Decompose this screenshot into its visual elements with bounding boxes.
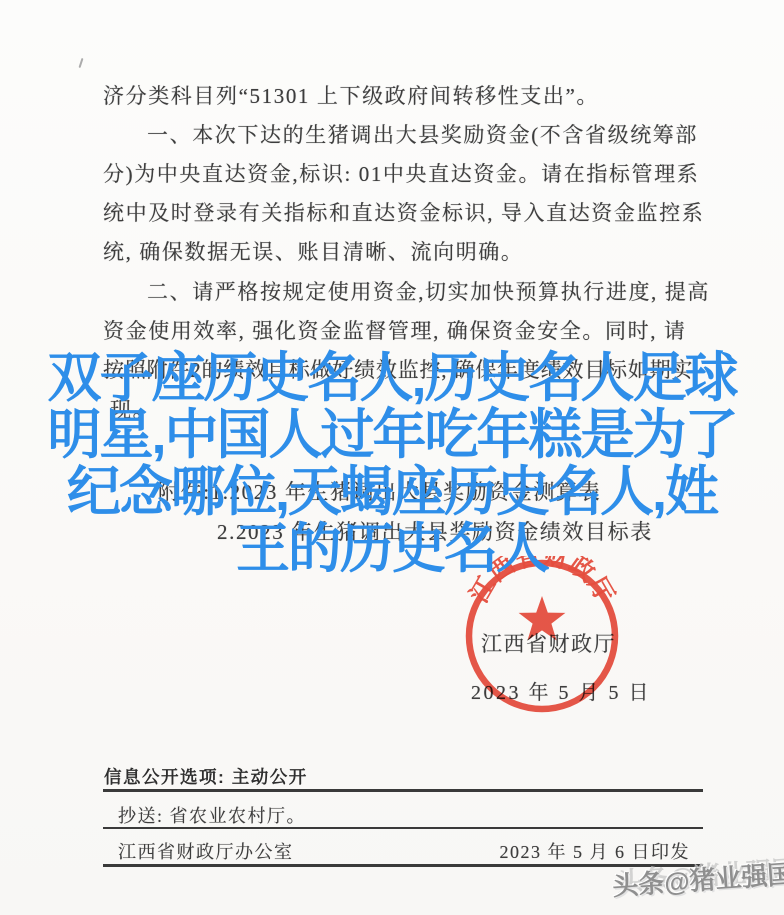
disclosure-option: 信息公开选项: 主动公开: [104, 764, 308, 789]
body-line: 统, 确保数据无误、账目清晰、流向明确。: [103, 236, 524, 266]
issuer-office: 江西省财政厅办公室: [118, 838, 294, 864]
seal-star: [519, 596, 566, 640]
body-line: 分)为中央直达资金,标识: 01中央直达资金。请在指标管理系: [103, 158, 699, 188]
seal-graphic: 江西省财政厅: [458, 556, 626, 721]
separator-line: [103, 789, 703, 792]
watermark: 头条@猪业强国 头条@猪业强国: [611, 854, 784, 904]
pen-mark: [79, 58, 84, 68]
overlay-headline: 双子座历史名人,历史名人足球 明星,中国人过年吃年糕是为了 纪念哪位,天蝎座历史…: [0, 350, 784, 578]
overlay-headline-line: 明星,中国人过年吃年糕是为了: [0, 407, 784, 464]
official-seal: 江西省财政厅: [458, 556, 626, 721]
overlay-headline-line: 双子座历史名人,历史名人足球: [0, 350, 784, 407]
overlay-headline-line: 纪念哪位,天蝎座历史名人,姓: [0, 464, 784, 521]
body-line: 济分类科目列“51301 上下级政府间转移性支出”。: [103, 80, 599, 110]
cc-line: 抄送: 省农业农村厅。: [118, 802, 306, 828]
body-line: 统中及时登录有关指标和直达资金标识, 导入直达资金监控系: [103, 197, 704, 227]
scanned-document-page: 济分类科目列“51301 上下级政府间转移性支出”。 一、本次下达的生猪调出大县…: [0, 0, 784, 915]
body-line: 资金使用效率, 强化资金监督管理, 确保资金安全。同时, 请: [103, 315, 687, 345]
overlay-headline-line: 王的历史名人: [0, 521, 784, 578]
body-line: 一、本次下达的生猪调出大县奖励资金(不含省级统筹部: [147, 119, 698, 149]
issuer-row: 江西省财政厅办公室 2023 年 5 月 6 日印发: [118, 838, 690, 864]
separator-line: [103, 827, 703, 829]
body-line: 二、请严格按规定使用资金,切实加快预算执行进度, 提高: [147, 276, 710, 306]
